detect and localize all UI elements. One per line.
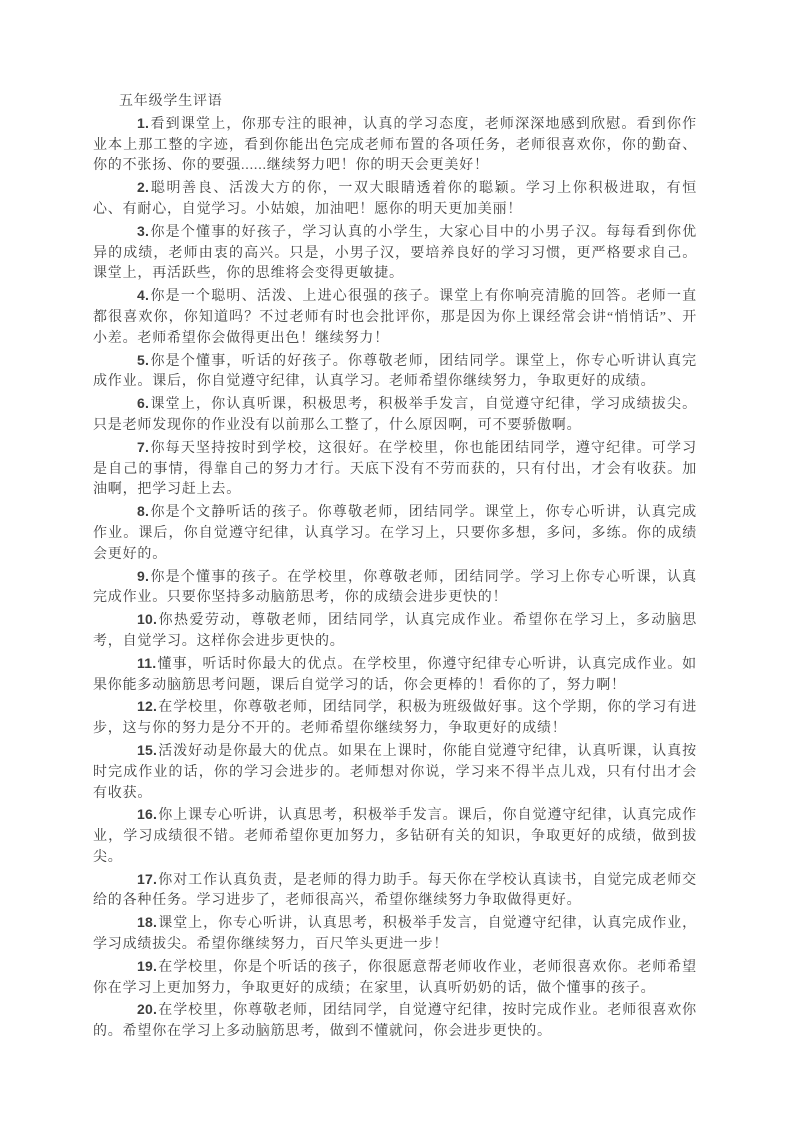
comment-paragraph: 9.你是个懂事的孩子。在学校里，你尊敬老师，团结同学。学习上你专心听课，认真完成… xyxy=(93,566,697,610)
comment-number: 8. xyxy=(137,503,150,519)
comment-number: 20. xyxy=(137,1001,158,1017)
comment-text: 课堂上，你认真听课，积极思考，积极举手发言，自觉遵守纪律，学习成绩拔尖。只是老师… xyxy=(93,397,697,433)
comment-paragraph: 19.在学校里，你是个听话的孩子，你很愿意帮老师收作业，老师很喜欢你。老师希望你… xyxy=(93,956,697,1000)
comment-text: 课堂上，你专心听讲，认真思考，积极举手发言，自觉遵守纪律，认真完成作业，学习成绩… xyxy=(93,916,697,952)
comment-text: 聪明善良、活泼大方的你，一双大眼睛透着你的聪颖。学习上你积极进取，有恒心、有耐心… xyxy=(93,181,697,217)
comment-number: 1. xyxy=(137,115,150,131)
comment-number: 7. xyxy=(137,439,150,455)
comment-paragraph: 6.课堂上，你认真听课，积极思考，积极举手发言，自觉遵守纪律，学习成绩拔尖。只是… xyxy=(93,393,697,437)
comment-paragraph: 2.聪明善良、活泼大方的你，一双大眼睛透着你的聪颖。学习上你积极进取，有恒心、有… xyxy=(93,177,697,221)
comment-number: 19. xyxy=(137,958,158,974)
comment-text: 在学校里，你是个听话的孩子，你很愿意帮老师收作业，老师很喜欢你。老师希望你在学习… xyxy=(93,960,697,996)
comment-paragraph: 7.你每天坚持按时到学校，这很好。在学校里，你也能团结同学，遵守纪律。可学习是自… xyxy=(93,437,697,501)
comment-text: 你热爱劳动，尊敬老师，团结同学，认真完成作业。希望你在学习上，多动脑思考，自觉学… xyxy=(93,613,697,649)
comment-text: 你是个懂事，听话的好孩子。你尊敬老师，团结同学。课堂上，你专心听讲认真完成作业。… xyxy=(93,354,697,390)
comment-text: 你是个懂事的好孩子，学习认真的小学生，大家心目中的小男子汉。每每看到你优异的成绩… xyxy=(93,225,697,282)
comment-paragraph: 15.活泼好动是你最大的优点。如果在上课时，你能自觉遵守纪律，认真听课，认真按时… xyxy=(93,740,697,804)
comment-paragraph: 1.看到课堂上，你那专注的眼神，认真的学习态度，老师深深地感到欣慰。看到你作业本… xyxy=(93,113,697,177)
comment-paragraph: 17.你对工作认真负责，是老师的得力助手。每天你在学校认真读书，自觉完成老师交给… xyxy=(93,869,697,913)
comment-paragraph xyxy=(93,1043,697,1066)
comment-number: 15. xyxy=(137,742,158,758)
comment-number: 17. xyxy=(137,871,158,887)
document-title: 五年级学生评语 xyxy=(93,92,697,113)
comment-text: 在学校里，你尊敬老师，团结同学，积极为班级做好事。这个学期，你的学习有进步，这与… xyxy=(93,700,697,736)
comment-number: 9. xyxy=(137,568,150,584)
comment-paragraph: 5.你是个懂事，听话的好孩子。你尊敬老师，团结同学。课堂上，你专心听讲认真完成作… xyxy=(93,350,697,394)
comment-paragraph: 16.你上课专心听讲，认真思考，积极举手发言。课后，你自觉遵守纪律，认真完成作业… xyxy=(93,804,697,868)
comment-paragraph: 12.在学校里，你尊敬老师，团结同学，积极为班级做好事。这个学期，你的学习有进步… xyxy=(93,696,697,740)
comment-number: 6. xyxy=(137,395,150,411)
comment-number: 10. xyxy=(137,611,158,627)
comment-number: 2. xyxy=(137,179,150,195)
comment-paragraph: 20.在学校里，你尊敬老师，团结同学，自觉遵守纪律，按时完成作业。老师很喜欢你的… xyxy=(93,999,697,1043)
comment-paragraph: 18.课堂上，你专心听讲，认真思考，积极举手发言，自觉遵守纪律，认真完成作业，学… xyxy=(93,912,697,956)
comment-number: 3. xyxy=(137,223,150,239)
comment-text: 你是一个聪明、活泼、上进心很强的孩子。课堂上有你响亮清脆的回答。老师一直都很喜欢… xyxy=(93,289,697,346)
comment-number: 4. xyxy=(137,287,150,303)
comment-number: 5. xyxy=(137,352,150,368)
comment-paragraph: 8.你是个文静听话的孩子。你尊敬老师，团结同学。课堂上，你专心听讲，认真完成作业… xyxy=(93,501,697,565)
comment-text: 懂事，听话时你最大的优点。在学校里，你遵守纪律专心听讲，认真完成作业。如果你能多… xyxy=(93,657,697,693)
comment-text: 在学校里，你尊敬老师，团结同学，自觉遵守纪律，按时完成作业。老师很喜欢你的。希望… xyxy=(93,1003,697,1039)
comment-text: 你对工作认真负责，是老师的得力助手。每天你在学校认真读书，自觉完成老师交给的各种… xyxy=(93,873,697,909)
comment-paragraph: 4.你是一个聪明、活泼、上进心很强的孩子。课堂上有你响亮清脆的回答。老师一直都很… xyxy=(93,285,697,349)
comment-text: 你上课专心听讲，认真思考，积极举手发言。课后，你自觉遵守纪律，认真完成作业，学习… xyxy=(93,808,697,865)
comment-number: 16. xyxy=(137,806,158,822)
comment-text: 看到课堂上，你那专注的眼神，认真的学习态度，老师深深地感到欣慰。看到你作业本上那… xyxy=(93,117,697,174)
comment-number: 11. xyxy=(137,655,157,671)
comment-number xyxy=(137,1045,138,1061)
comment-paragraph: 10.你热爱劳动，尊敬老师，团结同学，认真完成作业。希望你在学习上，多动脑思考，… xyxy=(93,609,697,653)
comment-text: 你每天坚持按时到学校，这很好。在学校里，你也能团结同学，遵守纪律。可学习是自己的… xyxy=(93,441,697,498)
comment-text: 你是个懂事的孩子。在学校里，你尊敬老师，团结同学。学习上你专心听课，认真完成作业… xyxy=(93,570,697,606)
document-page: 五年级学生评语 1.看到课堂上，你那专注的眼神，认真的学习态度，老师深深地感到欣… xyxy=(0,0,793,1122)
comment-paragraph: 11.懂事，听话时你最大的优点。在学校里，你遵守纪律专心听讲，认真完成作业。如果… xyxy=(93,653,697,697)
comment-text: 你是个文静听话的孩子。你尊敬老师，团结同学。课堂上，你专心听讲，认真完成作业。课… xyxy=(93,505,697,562)
comment-paragraph: 3.你是个懂事的好孩子，学习认真的小学生，大家心目中的小男子汉。每每看到你优异的… xyxy=(93,221,697,285)
comment-text: 活泼好动是你最大的优点。如果在上课时，你能自觉遵守纪律，认真听课，认真按时完成作… xyxy=(93,744,697,801)
comment-number: 18. xyxy=(137,914,158,930)
comment-number: 12. xyxy=(137,698,158,714)
